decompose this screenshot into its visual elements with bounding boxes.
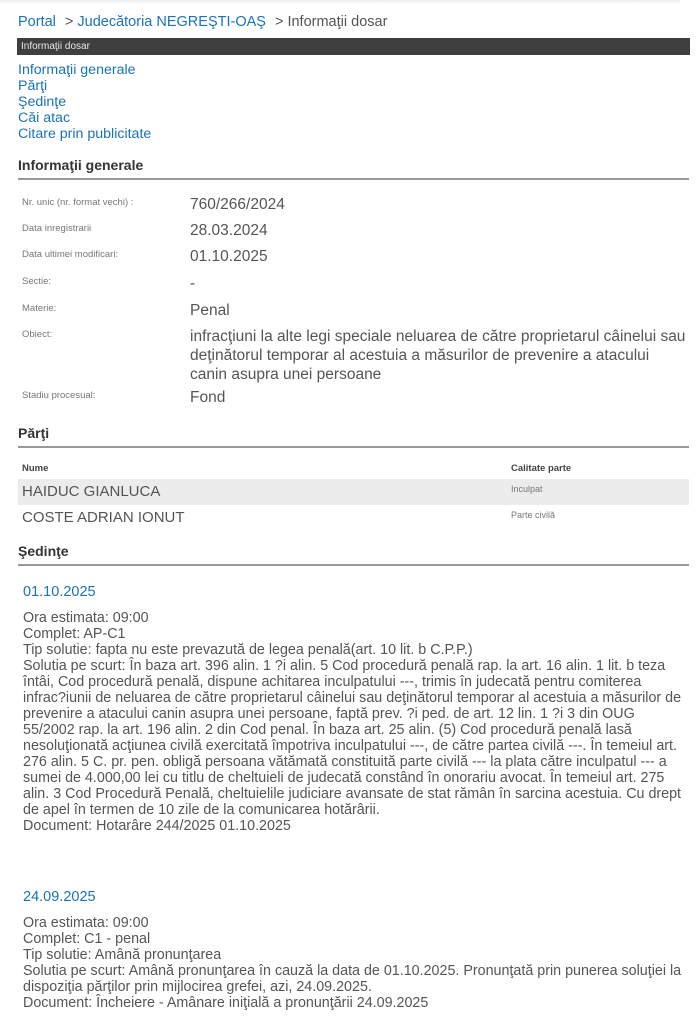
section-nav: Informaţii generale Părţi Şedinţe Căi at… xyxy=(18,62,151,142)
breadcrumb-separator: > xyxy=(275,14,283,30)
column-header-calitate: Calitate parte xyxy=(511,463,571,474)
hearing-panel: Complet: AP-C1 xyxy=(23,626,683,642)
hearing-date-link[interactable]: 24.09.2025 xyxy=(23,889,683,905)
info-label: Sectie: xyxy=(22,276,51,287)
hearing-solution-type: Tip solutie: Amână pronunţarea xyxy=(23,947,683,963)
section-title-general: Informaţii generale xyxy=(18,157,689,180)
page-header-bar: Informaţii dosar xyxy=(17,38,690,55)
info-label: Obiect: xyxy=(22,329,52,340)
hearing-document: Document: Încheiere - Amânare iniţială a… xyxy=(23,995,683,1011)
breadcrumb-current: Informaţii dosar xyxy=(287,14,387,30)
hearing-details: Ora estimata: 09:00 Complet: C1 - penal … xyxy=(23,915,683,1011)
info-value: 28.03.2024 xyxy=(190,221,690,240)
nav-link-informatii-generale[interactable]: Informaţii generale xyxy=(18,62,151,78)
hearing-time: Ora estimata: 09:00 xyxy=(23,610,683,626)
breadcrumb-portal-link[interactable]: Portal xyxy=(18,14,56,30)
info-value: Penal xyxy=(190,301,690,320)
info-value: Fond xyxy=(190,388,690,407)
party-role: Inculpat xyxy=(511,484,543,494)
breadcrumb-separator: > xyxy=(65,14,73,30)
hearing-date-link[interactable]: 01.10.2025 xyxy=(23,584,683,600)
section-title-sedinte: Şedinţe xyxy=(18,543,689,566)
party-row: HAIDUC GIANLUCA Inculpat xyxy=(18,479,689,505)
section-title-parti: Părţi xyxy=(18,425,689,448)
column-header-nume: Nume xyxy=(22,463,48,474)
info-value: infracţiuni la alte legi speciale neluar… xyxy=(190,327,690,384)
info-value: 760/266/2024 xyxy=(190,195,690,214)
hearing-solution-summary: Solutia pe scurt: Amână pronunţarea în c… xyxy=(23,963,683,995)
nav-link-cai-atac[interactable]: Căi atac xyxy=(18,110,151,126)
hearing-details: Ora estimata: 09:00 Complet: AP-C1 Tip s… xyxy=(23,610,683,834)
party-name: HAIDUC GIANLUCA xyxy=(22,483,160,500)
hearing-solution-type: Tip solutie: fapta nu este prevazută de … xyxy=(23,642,683,658)
nav-link-citare[interactable]: Citare prin publicitate xyxy=(18,126,151,142)
hearing-time: Ora estimata: 09:00 xyxy=(23,915,683,931)
party-name: COSTE ADRIAN IONUT xyxy=(22,509,185,526)
hearing-entry: 01.10.2025 Ora estimata: 09:00 Complet: … xyxy=(23,584,683,834)
hearing-solution-summary: Solutia pe scurt: În baza art. 396 alin.… xyxy=(23,658,683,818)
info-label: Data inregistrarii xyxy=(22,223,91,234)
info-label: Data ultimei modificari: xyxy=(22,249,118,260)
breadcrumb: Portal >Judecătoria NEGREŞTI-OAŞ >Inform… xyxy=(18,14,387,30)
info-label: Materie: xyxy=(22,303,56,314)
party-role: Parte civilă xyxy=(511,510,555,520)
party-row: COSTE ADRIAN IONUT Parte civilă xyxy=(18,505,689,531)
hearing-document: Document: Hotarâre 244/2025 01.10.2025 xyxy=(23,818,683,834)
nav-link-sedinte[interactable]: Şedinţe xyxy=(18,94,151,110)
hearing-panel: Complet: C1 - penal xyxy=(23,931,683,947)
breadcrumb-court-link[interactable]: Judecătoria NEGREŞTI-OAŞ xyxy=(77,14,266,30)
top-edge xyxy=(0,0,680,4)
info-label: Nr. unic (nr. format vechi) : xyxy=(22,197,133,208)
hearing-entry: 24.09.2025 Ora estimata: 09:00 Complet: … xyxy=(23,889,683,1011)
nav-link-parti[interactable]: Părţi xyxy=(18,78,151,94)
info-value: - xyxy=(190,274,690,293)
info-value: 01.10.2025 xyxy=(190,247,690,266)
info-label: Stadiu procesual: xyxy=(22,390,95,401)
